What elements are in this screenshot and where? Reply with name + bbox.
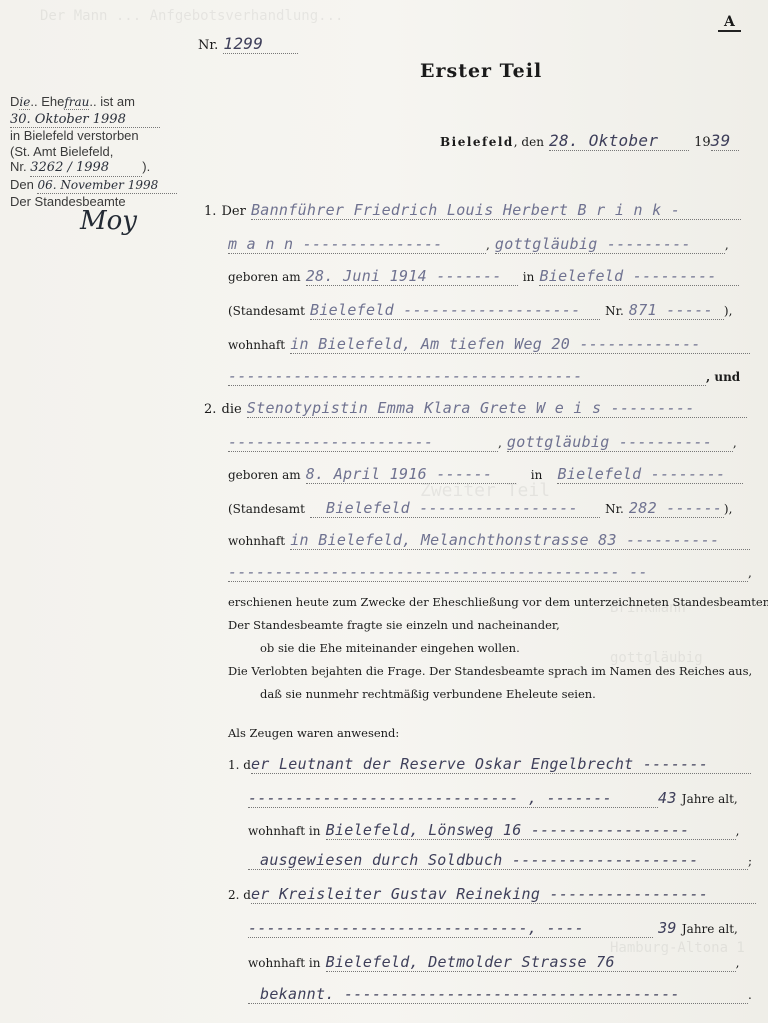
party2-registry-nr: 282 ------ bbox=[629, 499, 724, 518]
witness2-residence-line: wohnhaft in Bielefeld, Detmolder Strasse… bbox=[248, 952, 739, 972]
witness2-id-line: bekannt. -------------------------------… bbox=[248, 984, 752, 1004]
party1-residence: in Bielefeld, Am tiefen Weg 20 ---------… bbox=[290, 335, 750, 354]
year-value: 39 bbox=[711, 131, 739, 151]
margin-note-hand-frau: frau bbox=[64, 95, 89, 110]
conjunction-und: , und bbox=[706, 370, 740, 384]
party2-name-line2: ----------------------, gottgläubig ----… bbox=[228, 432, 737, 452]
party1-born-place: Bielefeld --------- bbox=[539, 267, 739, 286]
witness1-identification: ausgewiesen durch Soldbuch -------------… bbox=[248, 851, 748, 870]
party2-residence: in Bielefeld, Melanchthonstrasse 83 ----… bbox=[290, 531, 750, 550]
party2-residence-line2: ----------------------------------------… bbox=[228, 562, 752, 582]
margin-note-stamp: Die.. Ehefrau.. ist am 30. Oktober 1998 … bbox=[10, 94, 177, 229]
place: Bielefeld bbox=[440, 135, 514, 149]
witness2-residence: Bielefeld, Detmolder Strasse 76 bbox=[326, 953, 736, 972]
party1-born-date: 28. Juni 1914 ------- bbox=[306, 267, 518, 286]
party1-registry-line: (Standesamt Bielefeld ------------------… bbox=[228, 300, 732, 320]
witness2-name: er Kreisleiter Gustav Reineking --------… bbox=[251, 885, 756, 904]
party2-registry-line: (Standesamt Bielefeld ----------------- … bbox=[228, 498, 732, 518]
statement-line1: erschienen heute zum Zwecke der Eheschli… bbox=[228, 595, 768, 609]
record-number-label: Nr. bbox=[198, 38, 218, 53]
party1-registry-place: Bielefeld ------------------- bbox=[310, 301, 600, 320]
witness1-id-line: ausgewiesen durch Soldbuch -------------… bbox=[248, 850, 752, 870]
witness1-name: er Leutnant der Reserve Oskar Engelbrech… bbox=[251, 755, 751, 774]
place-date-line: Bielefeld, den 28. Oktober 1939 bbox=[440, 131, 739, 151]
margin-note-nr-line: Nr. 3262 / 1998). bbox=[10, 159, 177, 177]
bleed-through-text: Der Mann ... Anfgebotsverhandlung... bbox=[40, 8, 343, 24]
margin-note-hand-ie: ie bbox=[19, 95, 30, 110]
margin-note-death-date: 30. Oktober 1998 bbox=[10, 112, 160, 129]
den-label: , den bbox=[514, 135, 544, 149]
party2-religion: gottgläubig ---------- bbox=[507, 433, 733, 452]
party1-surname-cont: m a n n --------------- bbox=[228, 235, 486, 254]
witness1-residence-line: wohnhaft in Bielefeld, Lönsweg 16 ------… bbox=[248, 820, 739, 840]
date-value: 28. Oktober bbox=[549, 131, 689, 151]
statement-line2: Der Standesbeamte fragte sie einzeln und… bbox=[228, 618, 560, 632]
party1-name: Bannführer Friedrich Louis Herbert B r i… bbox=[251, 201, 741, 220]
record-number: Nr. 1299 bbox=[198, 34, 298, 54]
party2-registry-place: Bielefeld ----------------- bbox=[310, 499, 600, 518]
witness1-age: 43 bbox=[658, 789, 677, 807]
witness1-age-line: ----------------------------- , -------4… bbox=[248, 788, 738, 808]
party2-born-date: 8. April 1916 ------ bbox=[306, 465, 516, 484]
witness1-name-line1: 1. der Leutnant der Reserve Oskar Engelb… bbox=[228, 754, 751, 774]
statement-line5: daß sie nunmehr rechtmäßig verbundene Eh… bbox=[260, 687, 596, 701]
margin-note-signature: Moy bbox=[80, 214, 177, 230]
margin-note-den-line: Den 06. November 1998 bbox=[10, 177, 177, 195]
statement-line3: ob sie die Ehe miteinander eingehen woll… bbox=[260, 641, 520, 655]
witness2-age-line: ------------------------------, ---- 39 … bbox=[248, 918, 738, 938]
witness1-residence: Bielefeld, Lönsweg 16 ----------------- bbox=[326, 821, 736, 840]
party2-name: Stenotypistin Emma Klara Grete W e i s -… bbox=[247, 399, 747, 418]
witness2-name-line1: 2. der Kreisleiter Gustav Reineking ----… bbox=[228, 884, 756, 904]
witness2-age: 39 bbox=[658, 919, 677, 937]
page-title: Erster Teil bbox=[420, 60, 542, 82]
margin-note-line3: in Bielefeld verstorben bbox=[10, 128, 177, 144]
party2-residence-line: wohnhaft in Bielefeld, Melanchthonstrass… bbox=[228, 530, 750, 550]
margin-note-nr-value: 3262 / 1998 bbox=[30, 160, 142, 177]
document-page: Der Mann ... Anfgebotsverhandlung... Zwe… bbox=[0, 0, 768, 1023]
witness2-identification: bekannt. -------------------------------… bbox=[248, 985, 748, 1004]
record-number-value: 1299 bbox=[223, 34, 298, 54]
witnesses-heading: Als Zeugen waren anwesend: bbox=[228, 726, 399, 740]
party1-born-line: geboren am 28. Juni 1914 ------- in Biel… bbox=[228, 266, 739, 286]
party2-name-line1: 2. die Stenotypistin Emma Klara Grete W … bbox=[204, 398, 747, 418]
party1-residence-line: wohnhaft in Bielefeld, Am tiefen Weg 20 … bbox=[228, 334, 750, 354]
party1-name-line2: m a n n ---------------, gottgläubig ---… bbox=[228, 234, 729, 254]
party2-born-place: Bielefeld -------- bbox=[557, 465, 743, 484]
year-prefix: 19 bbox=[694, 135, 711, 150]
party1-name-line1: 1. Der Bannführer Friedrich Louis Herber… bbox=[204, 200, 741, 220]
party1-registry-nr: 871 ----- bbox=[629, 301, 724, 320]
party1-religion: gottgläubig --------- bbox=[495, 235, 725, 254]
margin-note-den-value: 06. November 1998 bbox=[37, 178, 177, 195]
statement-line4: Die Verlobten bejahten die Frage. Der St… bbox=[228, 664, 752, 678]
form-letter: A bbox=[718, 14, 741, 32]
margin-note-line1: Die.. Ehefrau.. ist am bbox=[10, 94, 177, 111]
party2-born-line: geboren am 8. April 1916 ------ in Biele… bbox=[228, 464, 743, 484]
margin-note-line4: (St. Amt Bielefeld, bbox=[10, 144, 177, 160]
party1-residence-line2: --------------------------------------, … bbox=[228, 366, 740, 386]
